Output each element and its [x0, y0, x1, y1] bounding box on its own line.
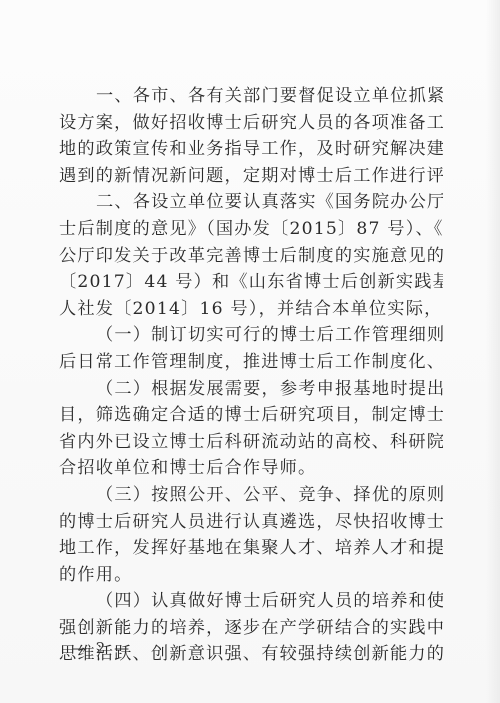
- text-line: 地工作，发挥好基地在集聚人才、培养人才和提高科研能力方面: [59, 535, 443, 562]
- text-line: 目，筛选确定合适的博士后研究项目，制定博士后招收计划。与: [59, 402, 443, 429]
- text-line: （一）制订切实可行的博士后工作管理细则，建立完善博士: [59, 322, 443, 349]
- text-line: 后日常工作管理制度，推进博士后工作制度化、规范化。: [59, 349, 443, 376]
- text-line: 士后制度的意见》（国办发〔2015〕87 号）、《山东省人民政府办: [59, 216, 443, 243]
- text-line: 遇到的新情况新问题，定期对博士后工作进行评估。: [59, 163, 443, 190]
- text-line: 地的政策宣传和业务指导工作，及时研究解决建设和运行过程中: [59, 136, 443, 163]
- text-line: 一、各市、各有关部门要督促设立单位抓紧研究制定基地建: [59, 83, 443, 110]
- text-line: 公厅印发关于改革完善博士后制度的实施意见的通知》鲁政办发: [59, 243, 443, 270]
- text-line: 〔2017〕44 号）和《山东省博士后创新实践基地管理办法》（鲁: [59, 269, 443, 296]
- paragraph-4: （二）根据发展需要，参考申报基地时提出的博士后研究项 目，筛选确定合适的博士后研…: [59, 376, 443, 482]
- text-line: 人社发〔2014〕16 号），并结合本单位实际，做好以下工作：: [59, 296, 443, 323]
- text-line: 省内外已设立博士后科研流动站的高校、科研院所联系，确定联: [59, 429, 443, 456]
- text-line: 的博士后研究人员进行认真遴选，尽快招收博士后研究人员进基: [59, 509, 443, 536]
- text-line: 二、各设立单位要认真落实《国务院办公厅关于改革完善博: [59, 189, 443, 216]
- text-line: （三）按照公开、公平、竞争、择优的原则，对申请进基地: [59, 482, 443, 509]
- document-page: 一、各市、各有关部门要督促设立单位抓紧研究制定基地建 设方案，做好招收博士后研究…: [0, 0, 500, 703]
- text-line: （四）认真做好博士后研究人员的培养和使用工作，着力加: [59, 588, 443, 615]
- document-body: 一、各市、各有关部门要督促设立单位抓紧研究制定基地建 设方案，做好招收博士后研究…: [59, 83, 443, 668]
- text-line: 设方案，做好招收博士后研究人员的各项准备工作。要加强对基: [59, 110, 443, 137]
- paragraph-1: 一、各市、各有关部门要督促设立单位抓紧研究制定基地建 设方案，做好招收博士后研究…: [59, 83, 443, 189]
- paragraph-2: 二、各设立单位要认真落实《国务院办公厅关于改革完善博 士后制度的意见》（国办发〔…: [59, 189, 443, 322]
- paragraph-5: （三）按照公开、公平、竞争、择优的原则，对申请进基地 的博士后研究人员进行认真遴…: [59, 482, 443, 588]
- text-line: 合招收单位和博士后合作导师。: [59, 455, 443, 482]
- page-edge-shadow: [486, 0, 500, 703]
- text-line: 的作用。: [59, 562, 443, 589]
- page-number: — 2 —: [72, 638, 131, 658]
- text-line: （二）根据发展需要，参考申报基地时提出的博士后研究项: [59, 376, 443, 403]
- paragraph-3: （一）制订切实可行的博士后工作管理细则，建立完善博士 后日常工作管理制度，推进博…: [59, 322, 443, 375]
